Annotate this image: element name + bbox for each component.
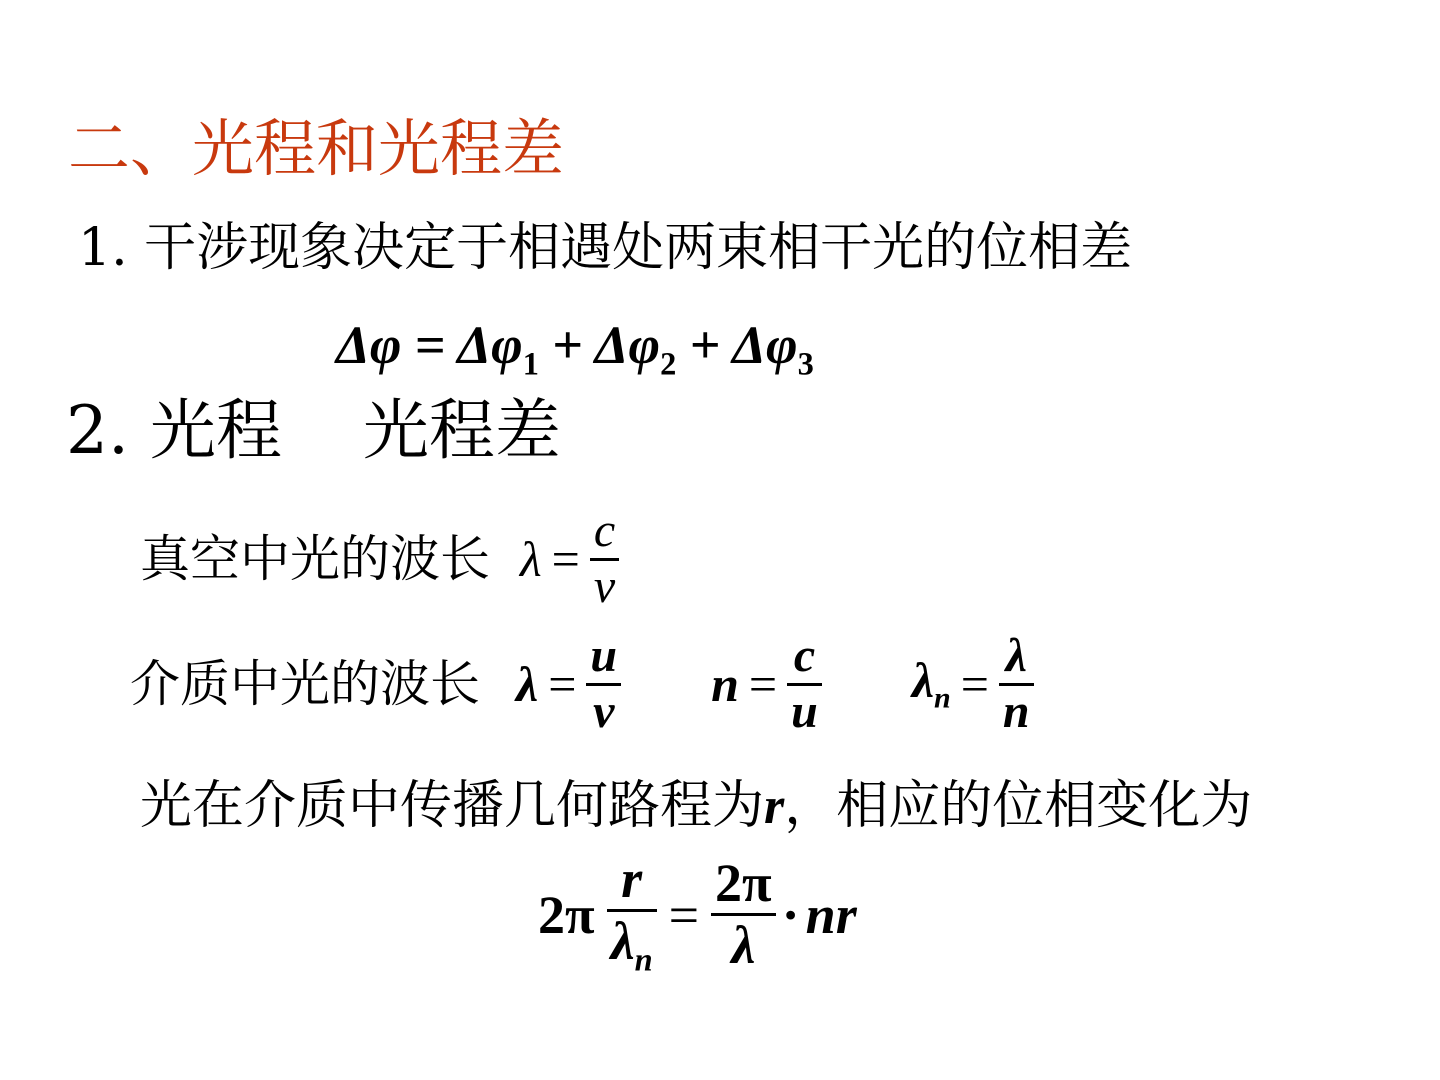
- eq-sign: =: [669, 888, 699, 942]
- denominator: ν: [590, 561, 619, 614]
- numerator: u: [586, 630, 621, 683]
- n-symbol: n: [711, 659, 739, 709]
- phase-change-equation: 2π r λn = 2π λ · nr: [538, 850, 857, 979]
- eq-term: Δφ: [336, 315, 401, 375]
- eq-sign: =: [552, 534, 580, 584]
- text-part: 光在介质中传播几何路程为: [140, 776, 764, 836]
- lambda-n-symbol: λn: [912, 655, 951, 714]
- eq-sign: =: [749, 659, 777, 709]
- coefficient-2pi: 2π: [538, 888, 595, 942]
- vacuum-wavelength-row: 真空中光的波长 λ = c ν: [140, 505, 619, 614]
- medium-wavelength-row: 介质中光的波长 λ = u ν n = c u λn = λ n: [130, 630, 1034, 739]
- denominator: n: [999, 686, 1034, 739]
- eq-term: Δφ: [595, 315, 660, 375]
- eq-sign: =: [415, 315, 446, 375]
- denominator: u: [787, 686, 822, 739]
- fraction-c-over-u: c u: [787, 630, 822, 739]
- r-symbol: r: [764, 778, 784, 835]
- eq-sub: 2: [660, 346, 676, 382]
- nr-term: nr: [806, 888, 857, 942]
- item-1-text: 1. 干涉现象决定于相遇处两束相干光的位相差: [78, 222, 1132, 274]
- fraction-r-over-lambda-n: r λn: [607, 850, 657, 979]
- slide-title: 二、光程和光程差: [68, 118, 564, 180]
- numerator: r: [617, 850, 646, 909]
- lambda-symbol: λ: [516, 659, 538, 709]
- path-phase-text: 光在介质中传播几何路程为r，相应的位相变化为: [140, 780, 1252, 833]
- eq-sub: 3: [798, 346, 814, 382]
- phase-difference-equation: Δφ = Δφ1 + Δφ2 + Δφ3: [336, 318, 814, 381]
- numerator: 2π: [711, 854, 776, 913]
- denominator: λ: [727, 916, 759, 975]
- fraction-2pi-over-lambda: 2π λ: [711, 854, 776, 976]
- multiply-dot: ·: [782, 888, 800, 942]
- lambda-symbol: λ: [520, 534, 542, 584]
- eq-sign: +: [690, 315, 721, 375]
- denominator: λn: [607, 912, 657, 979]
- subscript-n: n: [934, 682, 951, 715]
- eq-sub: 1: [523, 346, 539, 382]
- fraction-c-over-nu: c ν: [590, 505, 619, 614]
- eq-sign: =: [548, 659, 576, 709]
- medium-label: 介质中光的波长: [130, 659, 480, 709]
- eq-term: Δφ: [732, 315, 797, 375]
- subscript-n: n: [635, 943, 653, 979]
- numerator: c: [590, 505, 619, 558]
- denominator: ν: [589, 686, 618, 739]
- eq-sign: +: [552, 315, 583, 375]
- eq-term: Δφ: [457, 315, 522, 375]
- eq-sign: =: [961, 659, 989, 709]
- item-2-heading: 2. 光程 光程差: [66, 398, 561, 464]
- fraction-u-over-nu: u ν: [586, 630, 621, 739]
- numerator: λ: [1002, 630, 1031, 683]
- heading-optical-path-difference: 光程差: [363, 392, 561, 469]
- lambda-symbol: λ: [611, 911, 635, 971]
- vacuum-label: 真空中光的波长: [140, 534, 490, 584]
- text-part: ，相应的位相变化为: [784, 776, 1252, 836]
- fraction-lambda-over-n: λ n: [999, 630, 1034, 739]
- heading-optical-path: 2. 光程: [66, 392, 282, 469]
- lambda-symbol: λ: [912, 652, 934, 708]
- numerator: c: [790, 630, 819, 683]
